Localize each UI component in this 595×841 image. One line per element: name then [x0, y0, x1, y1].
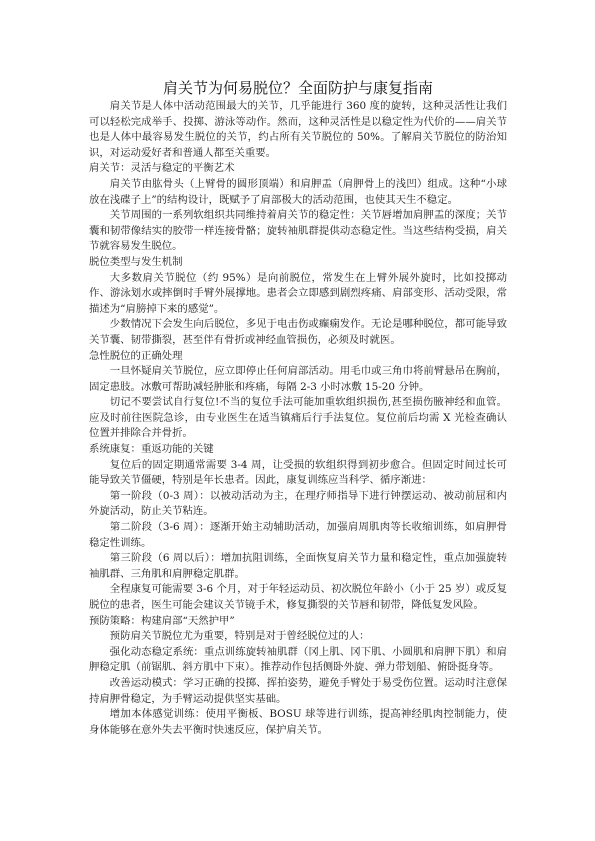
paragraph: 增加本体感觉训练：使用平衡板、BOSU 球等进行训练，提高神经肌肉控制能力，使身…	[89, 707, 507, 738]
document-page: 肩关节为何易脱位？全面防护与康复指南 肩关节是人体中活动范围最大的关节，几乎能进…	[89, 78, 507, 738]
paragraph: 肩关节由肱骨头（上臂骨的圆形顶端）和肩胛盂（肩胛骨上的浅凹）组成。这种“小球放在…	[89, 177, 507, 208]
section-heading-prevention: 预防策略：构建肩部“天然护甲”	[89, 614, 507, 630]
paragraph: 关节周围的一系列软组织共同维持着肩关节的稳定性：关节唇增加肩胛盂的深度；关节囊和…	[89, 208, 507, 255]
paragraph: 切记不要尝试自行复位!不当的复位手法可能加重软组织损伤,甚至损伤腋神经和血管。应…	[89, 395, 507, 442]
document-title: 肩关节为何易脱位？全面防护与康复指南	[89, 78, 507, 98]
intro-paragraph: 肩关节是人体中活动范围最大的关节，几乎能进行 360 度的旋转，这种灵活性让我们…	[89, 99, 507, 161]
section-heading-types: 脱位类型与发生机制	[89, 255, 507, 271]
paragraph: 第一阶段（0-3 周）：以被动活动为主，在理疗师指导下进行钟摆运动、被动前屈和内…	[89, 489, 507, 520]
section-heading-anatomy: 肩关节：灵活与稳定的平衡艺术	[89, 161, 507, 177]
paragraph: 复位后的固定期通常需要 3-4 周，让受损的软组织得到初步愈合。但固定时间过长可…	[89, 458, 507, 489]
paragraph: 预防肩关节脱位尤为重要，特别是对于曾经脱位过的人：	[89, 629, 507, 645]
paragraph: 改善运动模式：学习正确的投掷、挥拍姿势，避免手臂处于易受伤位置。运动时注意保持肩…	[89, 676, 507, 707]
section-heading-acute-care: 急性脱位的正确处理	[89, 349, 507, 365]
paragraph: 第二阶段（3-6 周）：逐渐开始主动辅助活动，加强肩周肌肉等长收缩训练，如肩胛骨…	[89, 520, 507, 551]
paragraph: 大多数肩关节脱位（约 95%）是向前脱位，常发生在上臂外展外旋时，比如投掷动作、…	[89, 271, 507, 318]
paragraph: 全程康复可能需要 3-6 个月，对于年轻运动员、初次脱位年龄小（小于 25 岁）…	[89, 582, 507, 613]
paragraph: 少数情况下会发生向后脱位，多见于电击伤或癫痫发作。无论是哪种脱位，都可能导致关节…	[89, 317, 507, 348]
paragraph: 一旦怀疑肩关节脱位，应立即停止任何肩部活动。用毛巾或三角巾将前臂悬吊在胸前，固定…	[89, 364, 507, 395]
paragraph: 第三阶段（6 周以后）：增加抗阻训练，全面恢复肩关节力量和稳定性，重点加强旋转袖…	[89, 551, 507, 582]
paragraph: 强化动态稳定系统：重点训练旋转袖肌群（冈上肌、冈下肌、小圆肌和肩胛下肌）和肩胛稳…	[89, 645, 507, 676]
section-heading-rehab: 系统康复：重返功能的关键	[89, 442, 507, 458]
